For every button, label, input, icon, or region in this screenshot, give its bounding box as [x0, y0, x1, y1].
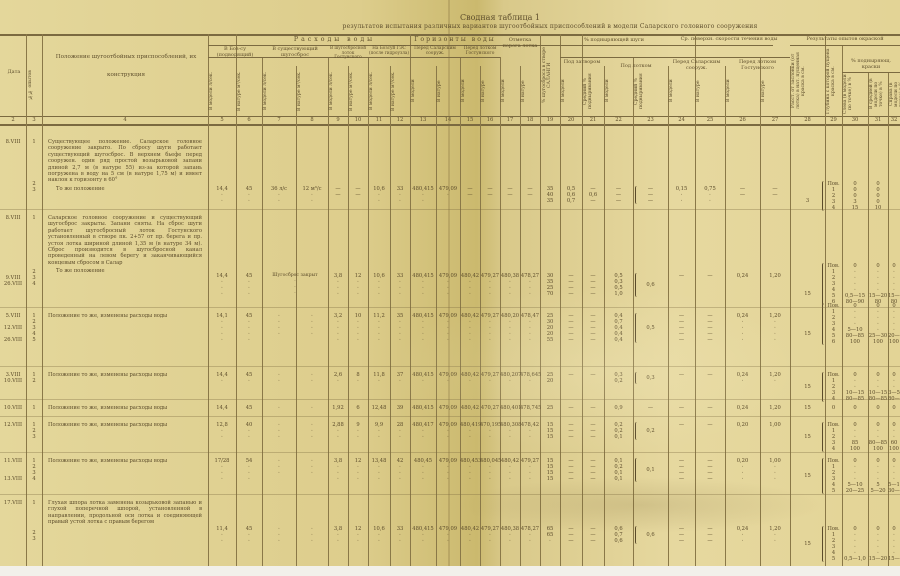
row-divider — [0, 452, 900, 453]
cell-17: 480,42 · · · — [500, 458, 520, 482]
brace-icon — [822, 372, 826, 402]
cell-28: 15 — [790, 473, 825, 479]
column-number: 29 — [825, 117, 842, 123]
cell-31: 0 · · · 5 5—20 — [868, 458, 888, 494]
column-number: 4 — [42, 117, 208, 123]
row-exp-number: 1 2 3 — [26, 139, 42, 193]
cell-6: 45 · — [236, 372, 262, 384]
cell-9: 2,88 · · — [328, 422, 348, 440]
column-number: 21 — [582, 117, 604, 123]
subheader-16: В натуре — [481, 68, 499, 114]
cell-12: 42 · · · — [390, 458, 410, 482]
brace-icon — [635, 186, 639, 204]
cell-14: 479,09 — [436, 405, 460, 411]
column-divider — [760, 57, 761, 566]
subheader-21: Средний % подныривания — [583, 68, 603, 114]
cell-25: — — [695, 422, 725, 428]
cell-5: 14,4 · — [208, 372, 236, 384]
cell-14: 479,09 · · — [436, 422, 460, 440]
cell-22: 0,9 — [604, 405, 633, 411]
column-divider — [460, 57, 461, 566]
cell-5: 17/28 · · · — [208, 458, 236, 482]
row-exp-number: 1 2 3 — [26, 422, 42, 440]
cell-24: — — [668, 422, 695, 428]
cell-19: 65 65 · — [540, 526, 560, 544]
header-threshold: Отметка порога лотка — [500, 38, 540, 49]
cell-30: 0 · · · · 0,5—1,0 — [842, 526, 868, 562]
subheader-7: В модели л/сек. — [263, 68, 295, 114]
column-number: 13 — [410, 117, 436, 123]
cell-16: 479,27 · · · — [480, 273, 500, 297]
cell-24: — — — — [668, 526, 695, 544]
cell-26: 0,24 — [725, 273, 760, 279]
cell-22: 0,6 0,7 0,6 — [604, 526, 633, 544]
subheader-27: В натуре — [761, 68, 789, 114]
cell-26: 0,24 · · — [725, 526, 760, 544]
cell-17: 480,401 — [500, 405, 520, 411]
cell-10: 8 · — [348, 372, 368, 384]
cell-27: 1,20 · · — [760, 526, 790, 544]
cell-9: 3,8 · · · — [328, 458, 348, 482]
cell-29: Пов. 1 2 3 4 5 6 — [825, 303, 842, 345]
brace-icon — [635, 458, 639, 482]
cell-11: 12,48 — [368, 405, 390, 411]
cell-16: 479,27 · · · · — [480, 313, 500, 343]
cell-29: Пов. 1 2 3 4 — [825, 372, 842, 402]
row-date: 8.VIII 9.VIII 26.VIII — [0, 215, 26, 287]
cell-22: 0,3 0,2 — [604, 372, 633, 384]
cell-11: 10,6 · · · — [368, 273, 390, 297]
page-edge — [0, 566, 900, 576]
cell-25: 0,75 · · — [695, 186, 725, 204]
cell-18: 478,745 — [520, 405, 540, 411]
brace-icon — [822, 181, 826, 211]
row-date: 5.VIII 12.VIII 26.VIII — [0, 313, 26, 343]
cell-25: — — [695, 372, 725, 378]
row-divider — [0, 494, 900, 495]
cell-19: 25 — [540, 405, 560, 411]
cell-25: — — — — [695, 526, 725, 544]
cell-22: 0,4 0,7 0,4 0,4 0,4 — [604, 313, 633, 343]
column-number: 10 — [348, 117, 368, 123]
cell-20: — — — — [560, 526, 582, 544]
cell-31: 0 · · 10—15 80—85 — [868, 372, 888, 402]
cell-10: — — — [348, 186, 368, 198]
cell-30: 0 · · · 5—10 80—85 100 — [842, 303, 868, 345]
subheader-15: В модели — [461, 68, 479, 114]
column-divider — [790, 66, 791, 566]
row-divider — [0, 399, 900, 400]
cell-5: 14,4 · · · — [208, 273, 236, 297]
brace-icon — [635, 526, 639, 544]
cell-30: 0 0 0 3 15 — [842, 181, 868, 211]
header-percent-sluice: % шугосброса в створе САЛАНГИ — [542, 38, 558, 112]
cell-10: 12 · · · — [348, 458, 368, 482]
cell-31: 0 · · · · 15—20 — [868, 526, 888, 562]
cell-10: 10 · · · · — [348, 313, 368, 343]
header-boz-su: В Боз-су (подводящий) — [208, 47, 262, 58]
cell-15: — — — [460, 186, 480, 198]
column-number: 5 — [208, 117, 236, 123]
cell-7: · · · — [262, 526, 296, 544]
subheader-25: В натуре — [696, 68, 724, 114]
column-number: 27 — [760, 117, 790, 123]
column-number: 30 — [842, 117, 868, 123]
column-number: 2 — [0, 117, 26, 123]
cell-27: 1,00 · · · — [760, 458, 790, 482]
column-number: 31 — [868, 117, 888, 123]
subgroup-rule-ice — [560, 57, 668, 58]
cell-27: 1,20 · — [760, 372, 790, 384]
row-description-cont: То же положение — [56, 186, 202, 192]
row-description: Саларское головное сооружение и существу… — [48, 215, 202, 266]
row-date: 11.VIII 13.VIII — [0, 458, 26, 482]
cell-13: 480,415 · · · · — [410, 313, 436, 343]
subgroup-rule-velocity — [668, 57, 790, 58]
row-description: Положение то же, изменены расходы воды — [48, 405, 202, 411]
cell-18: 478,27 · · — [520, 526, 540, 544]
cell-12: 28 · · — [390, 422, 410, 440]
cell-26: — — — [725, 186, 760, 198]
subheader-11: В модели л/сек. — [369, 68, 389, 114]
subheader-8: В натуре м³/сек. — [297, 68, 327, 114]
column-number: 8 — [296, 117, 328, 123]
cell-11: 9,9 · · — [368, 422, 390, 440]
header-group-ice: % подныряющей шуги — [560, 38, 668, 44]
cell-10: 12 · · · — [348, 273, 368, 297]
cell-8: · — [296, 405, 328, 411]
cell-6: 54 · · · — [236, 458, 262, 482]
cell-17: 480,20 · · · · — [500, 313, 520, 343]
cell-27: 1,20 — [760, 405, 790, 411]
column-number: 28 — [790, 117, 825, 123]
header-dye: % подныряющ. краски — [842, 59, 900, 70]
header-existing-sluice: В существующий шугосброс — [262, 47, 328, 58]
column-divider — [500, 57, 501, 566]
cell-8: 12 м³/с · · — [296, 186, 328, 204]
cell-30: 0 · · · · 0,5—15 80—90 — [842, 263, 868, 305]
subheader-22: В модели — [605, 68, 632, 114]
column-number: 7 — [262, 117, 296, 123]
cell-31: 0 · · 80—85 100 — [868, 422, 888, 452]
cell-5: 14,1 · · · · — [208, 313, 236, 343]
cell-13: 480,415 · · — [410, 526, 436, 544]
cell-25: — — — — — — [695, 313, 725, 343]
column-number: 19 — [540, 117, 560, 123]
cell-11: 10,6 · · — [368, 186, 390, 204]
brace-icon — [822, 303, 826, 345]
cell-24: — — — — — — [668, 313, 695, 343]
header-before-flume: Перед лотком Гостунского — [460, 47, 500, 57]
column-number: 9 — [328, 117, 348, 123]
cell-13: 480,417 · · — [410, 422, 436, 440]
subheader-29: Глубина с которой пущена краска в см. — [826, 48, 841, 114]
cell-19: 15 15 15 — [540, 422, 560, 440]
cell-15: 480,42 · · — [460, 526, 480, 544]
cell-17: 480,38 · · · — [500, 273, 520, 297]
cell-29: Пов. 1 2 3 4 — [825, 422, 842, 452]
cell-31: 0 0 0 0 10 — [868, 181, 888, 211]
subgroup-rule-levels — [410, 57, 500, 58]
row-exp-number: 1 2 — [26, 372, 42, 384]
cell-15: 480,419 · · — [460, 422, 480, 440]
cell-16: 470,195 · · — [480, 422, 500, 440]
cell-29: Пов. 1 2 3 4 5 — [825, 526, 842, 562]
subheader-14: В натуре — [437, 68, 459, 114]
cell-19: 30 35 25 70 — [540, 273, 560, 297]
cell-30: 0 · · 85 100 — [842, 422, 868, 452]
cell-7: · · — [262, 372, 296, 384]
cell-14: 479,09 · — [436, 186, 460, 198]
row-description-cont: То же положение — [56, 268, 202, 274]
cell-28: 15 — [790, 434, 825, 440]
cell-9: 3,8 · · — [328, 526, 348, 544]
cell-26: 0,20 · · · — [725, 458, 760, 482]
cell-5: 14,4 · · — [208, 186, 236, 204]
column-number: 23 — [633, 117, 668, 123]
cell-32: 0 · · 3—5 80—85 — [888, 372, 900, 402]
row-exp-number: 1 2 3 4 5 — [26, 313, 42, 343]
cell-10: 6 — [348, 405, 368, 411]
subheader-18: В натуре — [521, 68, 539, 114]
cell-8: · · · — [296, 458, 328, 476]
cell-25: — — — — — [695, 458, 725, 482]
subheader-31: В средней (в модели по точке) в % — [869, 74, 887, 114]
cell-15: 480,42 · — [460, 372, 480, 384]
cell-24: — — — — — [668, 458, 695, 482]
cell-26: 0,24 · — [725, 372, 760, 384]
dye-rule — [842, 72, 900, 73]
cell-20: — — — — — [560, 458, 582, 482]
brace-icon — [635, 313, 639, 343]
table-subtitle: результатов испытания различных варианто… — [240, 23, 860, 30]
results-rule — [790, 45, 900, 46]
brace-icon — [822, 526, 826, 562]
cell-14: 479,09 · · · — [436, 273, 460, 297]
header-exp-number: №№ опытов — [28, 60, 40, 110]
cell-20: 0,5 0,6 0,7 — [560, 186, 582, 204]
column-number-rule — [0, 124, 900, 126]
cell-13: 480,415 · — [410, 372, 436, 384]
cell-17: 480,38 · · — [500, 526, 520, 544]
subheader-26: В модели — [726, 68, 759, 114]
column-number: 18 — [520, 117, 540, 123]
cell-29: 0 — [825, 405, 842, 411]
cell-32: 0 · · · · 20—25 100 — [888, 303, 900, 345]
cell-8: · · · — [296, 422, 328, 440]
cell-12: 33 · · — [390, 186, 410, 204]
cell-21: — 0,6 — — [582, 186, 604, 204]
cell-17: 480,207 · — [500, 372, 520, 384]
cell-8: · · · · — [296, 313, 328, 337]
cell-9: 2,6 · — [328, 372, 348, 384]
cell-19: 25 20 — [540, 372, 560, 384]
cell-22: — — — — [604, 186, 633, 204]
cell-14: 479,09 · · · — [436, 458, 460, 482]
cell-17: — — — [500, 186, 520, 198]
cell-7: 36 л/с · · — [262, 186, 296, 204]
header-before-salar: Перед Саларским сооруж. — [410, 47, 460, 57]
cell-21: — — — — — [582, 458, 604, 482]
cell-18: 478,47 · · · · — [520, 313, 540, 343]
brace-icon — [822, 422, 826, 452]
column-number: 22 — [604, 117, 633, 123]
column-number: 25 — [695, 117, 725, 123]
header-group-levels: Горизонты воды — [410, 37, 500, 43]
column-number: 26 — [725, 117, 760, 123]
column-divider — [262, 57, 263, 566]
cell-24: — — [668, 273, 695, 279]
subheader-12: В натуре м³/сек. — [391, 68, 409, 114]
row-divider — [0, 416, 900, 417]
row-date: 17.VIII — [0, 500, 26, 506]
subheader-23: Средний % подныривания — [634, 68, 667, 114]
column-number: 17 — [500, 117, 520, 123]
brace-icon — [635, 273, 639, 297]
cell-27: 1,20 · · · · — [760, 313, 790, 343]
header-date: Дата — [2, 70, 26, 76]
cell-22: 0,2 0,2 0,1 — [604, 422, 633, 440]
cell-24: — — [668, 372, 695, 378]
cell-28: 15 — [790, 384, 825, 390]
cell-14: 479,09 · · · · — [436, 313, 460, 343]
cell-6: 45 · · — [236, 526, 262, 544]
brace-icon — [822, 263, 826, 305]
cell-11: 10,6 · · — [368, 526, 390, 544]
column-number: 14 — [436, 117, 460, 123]
column-number: 11 — [368, 117, 390, 123]
cell-19: 35 40 35 — [540, 186, 560, 204]
cell-16: 479,27 · · — [480, 526, 500, 544]
header-position: Положение шугоотбойных приспособлений, и… — [46, 48, 206, 84]
cell-24: — — [668, 405, 695, 411]
row-description: Положение то же, изменены расходы воды — [48, 372, 202, 378]
row-date: 10.VIII — [0, 405, 26, 411]
brace-icon — [822, 458, 826, 494]
brace-icon — [635, 422, 639, 440]
cell-25: — — [695, 405, 725, 411]
cell-28: 15 — [790, 541, 825, 547]
cell-7: Шугосброс закрыт · · · — [262, 273, 328, 297]
cell-19: 25 30 20 20 55 — [540, 313, 560, 343]
cell-13: 480,415 — [410, 405, 436, 411]
cell-13: 480,415 · · — [410, 186, 436, 204]
cell-17: 480,308 · · — [500, 422, 520, 440]
cell-27: 1,20 — [760, 273, 790, 279]
subheader-17: В модели — [501, 68, 519, 114]
row-exp-number: 1 — [26, 405, 42, 411]
cell-32: 0 · · · · 15—20 80 — [888, 263, 900, 305]
cell-20: — — — — — [560, 273, 582, 297]
cell-21: — — — — [582, 526, 604, 544]
column-divider — [26, 34, 27, 566]
subheader-6: В натуре м³/сек. — [237, 68, 261, 114]
cell-20: — — — — — — [560, 313, 582, 343]
cell-10: 9 · · — [348, 422, 368, 440]
cell-11: 11,2 · · · · — [368, 313, 390, 343]
column-number: 12 — [390, 117, 410, 123]
cell-6: 45 · · · · — [236, 313, 262, 343]
cell-24: 0,15 · · — [668, 186, 695, 204]
column-number: 15 — [460, 117, 480, 123]
cell-32: 0 · · · · 15—20 — [888, 526, 900, 562]
cell-31: 0 · · · · 15—20 80 — [868, 263, 888, 305]
row-exp-number: 1 2 3 — [26, 500, 42, 542]
cell-28: 15 — [790, 291, 825, 297]
cell-28: 15 — [790, 405, 825, 411]
subheader-32: Справа (в модели по точке) в % — [889, 74, 899, 114]
subheader-9: В модели л/сек. — [329, 68, 347, 114]
cell-31: 0 · · · · 25—30 100 — [868, 303, 888, 345]
column-divider — [42, 34, 43, 566]
cell-18: 479,27 · · · — [520, 458, 540, 482]
cell-12: 35 · · · · — [390, 313, 410, 343]
column-divider — [368, 57, 369, 566]
cell-21: — — [582, 372, 604, 378]
cell-15: 480,42 · · · — [460, 273, 480, 297]
cell-6: 45 — [236, 405, 262, 411]
column-number: 20 — [560, 117, 582, 123]
cell-18: 478,42 · · — [520, 422, 540, 440]
row-description: Положение то же, изменены расходы воды — [48, 313, 202, 319]
cell-29: Пов. 1 2 3 4 — [825, 181, 842, 211]
cell-18: 478,645 · — [520, 372, 540, 384]
row-description: Глухая шпора лотка заменена козырьковой … — [48, 500, 202, 526]
cell-5: 14,4 — [208, 405, 236, 411]
brace-icon — [635, 372, 639, 384]
cell-13: 480,415 · · · — [410, 273, 436, 297]
cell-21: — — — — [582, 422, 604, 440]
cell-29: Пов. 1 2 3 4 5 — [825, 458, 842, 494]
cell-21: — — [582, 405, 604, 411]
cell-7: · — [262, 405, 296, 411]
cell-20: — — [560, 372, 582, 378]
cell-8: · · · — [296, 526, 328, 544]
cell-20: — — — — [560, 422, 582, 440]
cell-21: — — — — — — [582, 313, 604, 343]
cell-7: · · · · — [262, 313, 296, 337]
cell-26: 0,20 — [725, 422, 760, 428]
group-divider — [540, 34, 541, 566]
cell-6: 40 · · — [236, 422, 262, 440]
row-description: Существующее положение. Саларское головн… — [48, 139, 202, 184]
cell-16: 479,27 · — [480, 372, 500, 384]
header-lower-flow: На Бозсуй ГЭС (после гидроузла) — [368, 46, 410, 55]
cell-19: 15 15 15 15 — [540, 458, 560, 482]
cell-26: 0,24 — [725, 405, 760, 411]
cell-13: 480,45 · · · — [410, 458, 436, 482]
subheader-5: В модели л/сек. — [209, 68, 235, 114]
row-divider — [0, 209, 900, 210]
row-divider — [0, 307, 900, 308]
cell-9: — — — [328, 186, 348, 198]
cell-14: 479,09 · — [436, 372, 460, 384]
cell-21: — — — — — [582, 273, 604, 297]
column-number: 16 — [480, 117, 500, 123]
cell-12: 39 — [390, 405, 410, 411]
cell-9: 3,2 · · · · — [328, 313, 348, 343]
cell-14: 479,09 · · — [436, 526, 460, 544]
cell-30: 0 · · 10—15 80—85 — [842, 372, 868, 402]
cell-32: 0 · · · 5—10 30—35 — [888, 458, 900, 494]
cell-11: 13,48 · · · — [368, 458, 390, 482]
cell-23: — — [633, 405, 668, 411]
cell-6: 45 · · · — [236, 273, 262, 297]
row-date: 12.VIII — [0, 422, 26, 428]
cell-16: 480,045 · · · — [480, 458, 500, 482]
cell-5: 12,8 · · — [208, 422, 236, 440]
cell-15: 480,453 · · · — [460, 458, 480, 482]
